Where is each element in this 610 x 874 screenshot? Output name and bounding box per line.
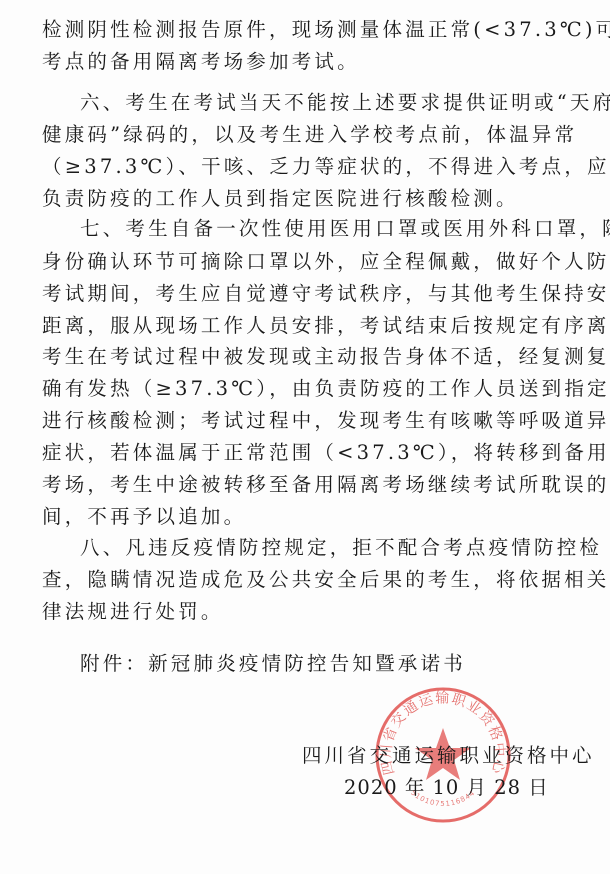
text-line: 进行核酸检测；考试过程中，发现考生有咳嗽等呼吸道异常 (42, 408, 532, 434)
text-line: 查，隐瞒情况造成危及公共安全后果的考生，将依据相关法 (42, 567, 532, 593)
section-six-heading-line: 六、考生在考试当天不能按上述要求提供证明或“天府 (80, 90, 570, 116)
section-eight-heading-line: 八、凡违反疫情防控规定，拒不配合考点疫情防控检 (80, 535, 570, 561)
text-line: 检测阴性检测报告原件，现场测量体温正常(<37.3℃)可进入 (42, 17, 532, 43)
section-seven-heading-line: 七、考生自备一次性使用医用口罩或医用外科口罩，除 (80, 216, 570, 242)
text-line: 考生在考试过程中被发现或主动报告身体不适，经复测复查 (42, 344, 532, 370)
text-line: 距离，服从现场工作人员安排，考试结束后按规定有序离场。 (42, 313, 532, 339)
document-page: 检测阴性检测报告原件，现场测量体温正常(<37.3℃)可进入 考点的备用隔离考场… (0, 0, 610, 874)
text-line: 身份确认环节可摘除口罩以外，应全程佩戴，做好个人防护。 (42, 249, 532, 275)
attachment-line: 附件：新冠肺炎疫情防控告知暨承诺书 (80, 651, 570, 677)
signature-date: 2020 年 10 月 28 日 (344, 775, 549, 801)
signature-organization: 四川省交通运输职业资格中心 (302, 743, 595, 769)
text-line: 间，不再予以追加。 (42, 504, 532, 530)
text-line: 负责防疫的工作人员到指定医院进行核酸检测。 (42, 186, 532, 212)
text-line: 考点的备用隔离考场参加考试。 (42, 49, 532, 75)
text-line: 考场，考生中途被转移至备用隔离考场继续考试所耽误的时 (42, 472, 532, 498)
text-line: 确有发热（≥37.3℃），由负责防疫的工作人员送到指定医院 (42, 376, 532, 402)
text-line: 症状，若体温属于正常范围（<37.3℃），将转移到备用隔离 (42, 440, 532, 466)
text-line: （≥37.3℃）、干咳、乏力等症状的，不得进入考点，应配合 (42, 154, 532, 180)
text-line: 律法规进行处罚。 (42, 599, 532, 625)
text-line: 考试期间，考生应自觉遵守考试秩序，与其他考生保持安全 (42, 281, 532, 307)
text-line: 健康码”绿码的，以及考生进入学校考点前，体温异常 (42, 122, 532, 148)
